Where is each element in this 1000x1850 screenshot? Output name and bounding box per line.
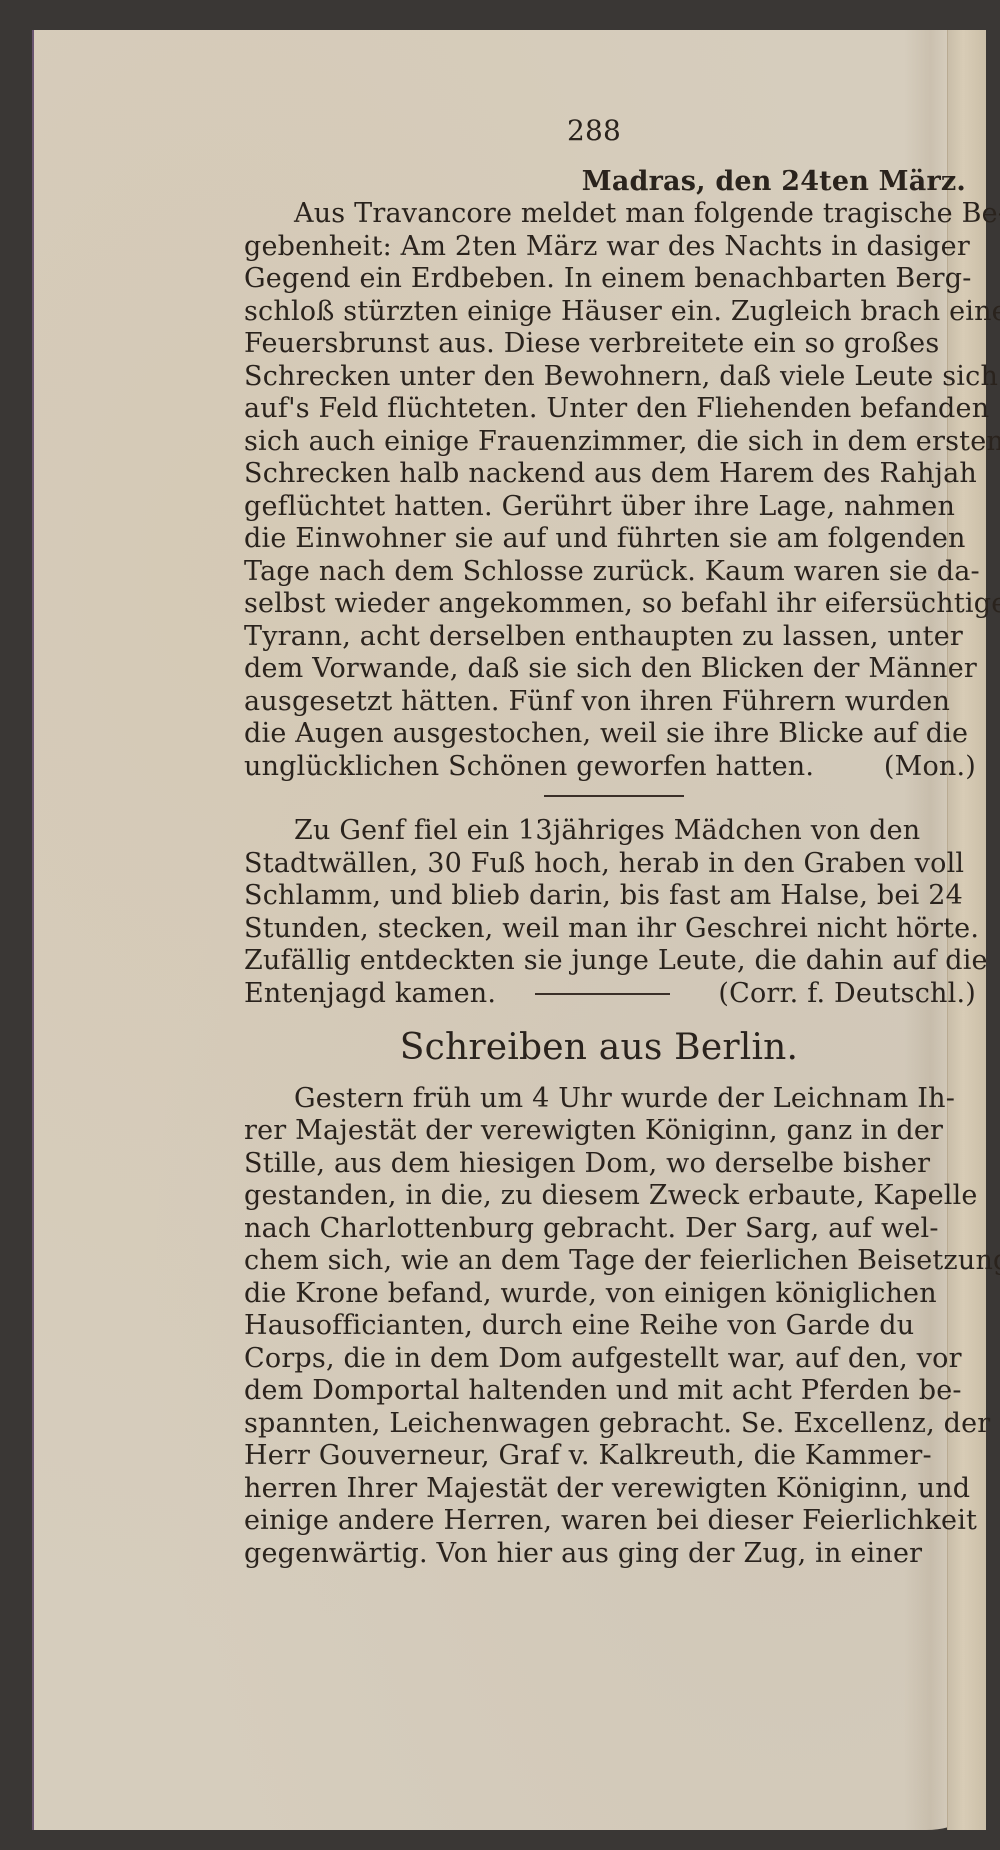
- text-line: Aus Travancore meldet man folgende tragi…: [244, 198, 984, 231]
- text-line-last: Entenjagd kamen. (Corr. f. Deutschl.): [244, 978, 984, 1011]
- text-line: Stille, aus dem hiesigen Dom, wo derselb…: [244, 1148, 984, 1181]
- text-line: selbst wieder angekommen, so befahl ihr …: [244, 588, 984, 621]
- text-line: Zufällig entdeckten sie junge Leute, die…: [244, 945, 984, 978]
- text-line: Corps, die in dem Dom aufgestellt war, a…: [244, 1343, 984, 1376]
- separator-rule: [544, 795, 684, 797]
- text-line: auf's Feld flüchteten. Unter den Fliehen…: [244, 393, 984, 426]
- text-line: Tage nach dem Schlosse zurück. Kaum ware…: [244, 556, 984, 589]
- text-block: 288 Madras, den 24ten März. Aus Travanco…: [244, 115, 984, 1570]
- text-line: Schrecken halb nackend aus dem Harem des…: [244, 458, 984, 491]
- text-line: gebenheit: Am 2ten März war des Nachts i…: [244, 231, 984, 264]
- article-body: Gestern früh um 4 Uhr wurde der Leichnam…: [244, 1083, 984, 1571]
- text-line: herren Ihrer Majestät der verewigten Kön…: [244, 1473, 984, 1506]
- text-line: nach Charlottenburg gebracht. Der Sarg, …: [244, 1213, 984, 1246]
- text-line: Schrecken unter den Bewohnern, daß viele…: [244, 361, 984, 394]
- text-line: Gegend ein Erdbeben. In einem benachbart…: [244, 263, 984, 296]
- text-line: die Krone befand, wurde, von einigen kön…: [244, 1278, 984, 1311]
- article-body: Zu Genf fiel ein 13jähriges Mädchen von …: [244, 815, 984, 1010]
- text-line: Hausofficianten, durch eine Reihe von Ga…: [244, 1310, 984, 1343]
- text-line: die Augen ausgestochen, weil sie ihre Bl…: [244, 718, 984, 751]
- text-line: Tyrann, acht derselben enthaupten zu las…: [244, 621, 984, 654]
- dateline: Madras, den 24ten März.: [244, 166, 984, 199]
- text-line-last: unglücklichen Schönen geworfen hatten. (…: [244, 751, 984, 784]
- text-line: gestanden, in die, zu diesem Zweck erbau…: [244, 1180, 984, 1213]
- article-body: Aus Travancore meldet man folgende tragi…: [244, 198, 984, 783]
- section-heading: Schreiben aus Berlin.: [244, 1032, 984, 1065]
- text-line: Herr Gouverneur, Graf v. Kalkreuth, die …: [244, 1440, 984, 1473]
- text-line: dem Vorwande, daß sie sich den Blicken d…: [244, 653, 984, 686]
- text-line: Stadtwällen, 30 Fuß hoch, herab in den G…: [244, 848, 984, 881]
- article-berlin: Schreiben aus Berlin. Gestern früh um 4 …: [244, 1032, 984, 1570]
- text-line: Zu Genf fiel ein 13jähriges Mädchen von …: [244, 815, 984, 848]
- last-line-text: unglücklichen Schönen geworfen hatten.: [244, 751, 814, 782]
- source-citation: (Mon.): [884, 751, 984, 784]
- text-line: ausgesetzt hätten. Fünf von ihren Führer…: [244, 686, 984, 719]
- text-line: dem Domportal haltenden und mit acht Pfe…: [244, 1375, 984, 1408]
- scanned-page: 288 Madras, den 24ten März. Aus Travanco…: [32, 30, 986, 1830]
- last-line-text: Entenjagd kamen.: [244, 978, 496, 1009]
- text-line: schloß stürzten einige Häuser ein. Zugle…: [244, 296, 984, 329]
- text-line: sich auch einige Frauenzimmer, die sich …: [244, 426, 984, 459]
- text-line: spannten, Leichenwagen gebracht. Se. Exc…: [244, 1408, 984, 1441]
- text-line: chem sich, wie an dem Tage der feierlich…: [244, 1245, 984, 1278]
- text-line: geflüchtet hatten. Gerührt über ihre Lag…: [244, 491, 984, 524]
- text-line: Gestern früh um 4 Uhr wurde der Leichnam…: [244, 1083, 984, 1116]
- page-number: 288: [244, 115, 984, 148]
- article-madras: Madras, den 24ten März. Aus Travancore m…: [244, 166, 984, 784]
- separator-rule: [535, 993, 670, 995]
- text-line: Stunden, stecken, weil man ihr Geschrei …: [244, 913, 984, 946]
- text-line: die Einwohner sie auf und führten sie am…: [244, 523, 984, 556]
- text-line: Schlamm, und blieb darin, bis fast am Ha…: [244, 880, 984, 913]
- text-line: rer Majestät der verewigten Königinn, ga…: [244, 1115, 984, 1148]
- text-line: einige andere Herren, waren bei dieser F…: [244, 1505, 984, 1538]
- article-genf: Zu Genf fiel ein 13jähriges Mädchen von …: [244, 815, 984, 1010]
- source-citation: (Corr. f. Deutschl.): [718, 978, 984, 1011]
- text-line: gegenwärtig. Von hier aus ging der Zug, …: [244, 1538, 984, 1571]
- text-line: Feuersbrunst aus. Diese verbreitete ein …: [244, 328, 984, 361]
